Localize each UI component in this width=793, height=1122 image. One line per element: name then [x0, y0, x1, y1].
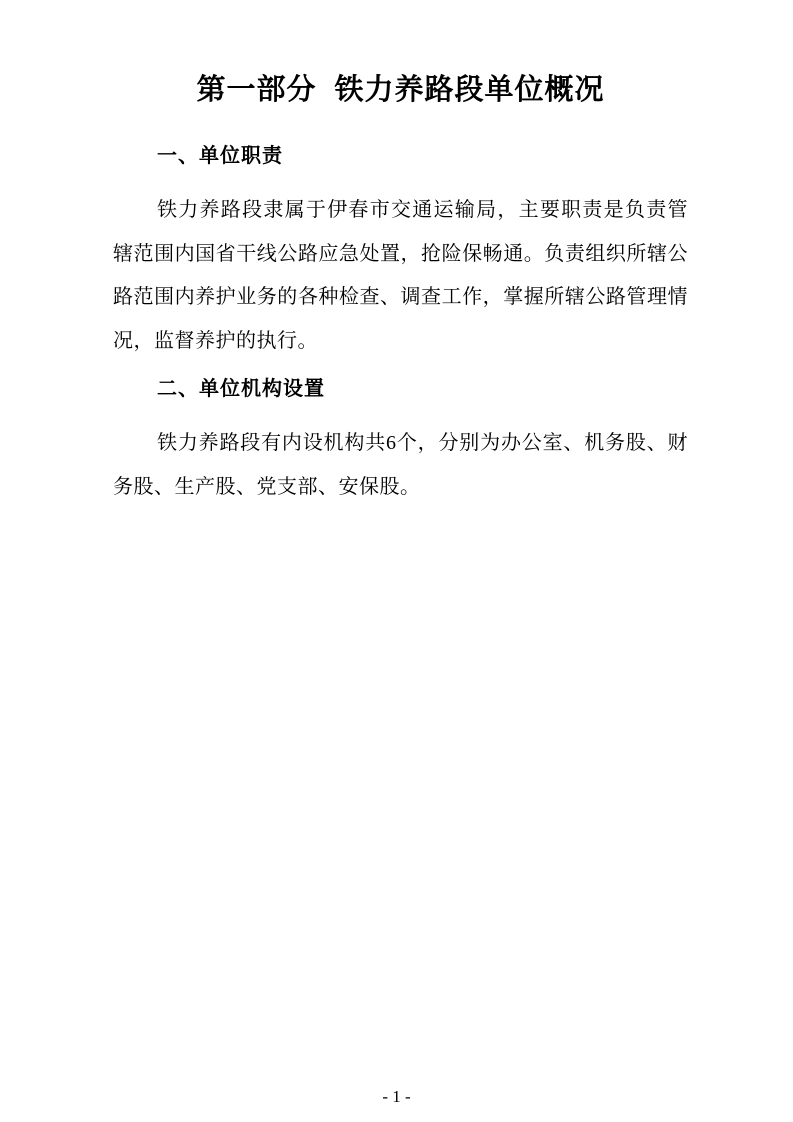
page-number: - 1 -: [0, 1088, 793, 1106]
section-2-heading: 二、单位机构设置: [113, 375, 688, 403]
section-1-heading: 一、单位职责: [113, 142, 688, 170]
document-content: 第一部分 铁力养路段单位概况 一、单位职责 铁力养路段隶属于伊春市交通运输局，主…: [0, 0, 793, 509]
document-page: 第一部分 铁力养路段单位概况 一、单位职责 铁力养路段隶属于伊春市交通运输局，主…: [0, 0, 793, 1122]
document-title: 第一部分 铁力养路段单位概况: [113, 70, 688, 110]
section-2-paragraph: 铁力养路段有内设机构共6个，分别为办公室、机务股、财务股、生产股、党支部、安保股…: [113, 422, 688, 509]
section-1-paragraph: 铁力养路段隶属于伊春市交通运输局，主要职责是负责管辖范围内国省干线公路应急处置，…: [113, 189, 688, 363]
